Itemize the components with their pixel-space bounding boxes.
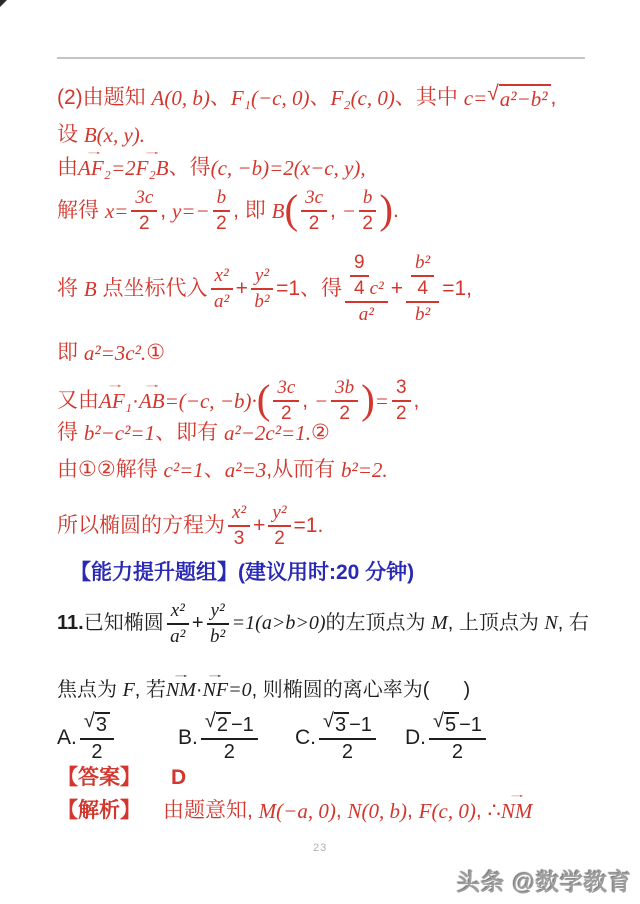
right-paren: ) — [379, 193, 393, 228]
numerator: b — [213, 187, 231, 212]
denominator: 4 — [354, 277, 365, 300]
question-11-stem-1: 11.已知椭圆x²a²+y²b²=1(a>b>0)的左顶点为 M, 上顶点为 N… — [57, 600, 589, 648]
square-root: √5 — [433, 712, 459, 737]
vector-text: NF — [203, 679, 229, 701]
text-run: =1, — [442, 276, 472, 302]
math-run: y=− — [172, 198, 210, 224]
big-fraction: b²4b² — [406, 252, 439, 326]
fraction: √32 — [80, 712, 114, 764]
fraction: √3−12 — [319, 712, 376, 764]
text-run: 已知椭圆 — [84, 611, 164, 636]
numerator: 3b — [331, 377, 358, 402]
radical-sign: √ — [487, 83, 499, 105]
denominator: b² — [254, 290, 269, 313]
text-run: 即有 — [176, 420, 224, 446]
text-run: , — [551, 85, 557, 111]
text-run: , — [476, 798, 488, 824]
math-run: = — [375, 388, 389, 414]
numerator: √5−1 — [429, 712, 486, 740]
radical-sign: √ — [84, 711, 95, 732]
numerator: 3c — [301, 187, 327, 212]
fraction: y²b² — [251, 265, 273, 313]
numerator: b² — [411, 252, 434, 277]
square-root: √3 — [323, 712, 349, 737]
answer-line: 【答案】D — [57, 765, 186, 791]
vector: →NM — [166, 678, 196, 703]
text-run: , — [448, 611, 459, 636]
math-run: a²=3 — [225, 457, 266, 483]
text-run: 由 — [57, 457, 78, 483]
numerator: b²4 — [406, 252, 439, 303]
question-11-stem-2: 焦点为 F, 若→NM·→NF=0, 则椭圆的离心率为() — [57, 678, 470, 703]
denominator: b² — [415, 303, 430, 326]
equation-tag: ①② — [78, 457, 116, 483]
square-root: √a²−b² — [487, 84, 550, 112]
big-fraction: 94c²a² — [345, 252, 388, 326]
fraction: x²a² — [167, 600, 189, 648]
vector-text: AB — [139, 389, 165, 413]
solution-line-2: 设 B(x, y). — [57, 122, 145, 148]
text-run: 、 — [210, 85, 231, 111]
denominator: 2 — [224, 740, 235, 764]
solution-line-8: 得 b²−c²=1、即有 a²−2c²=1.② — [57, 420, 330, 446]
radical-sign: √ — [205, 711, 216, 732]
math-run: B(x, y). — [84, 122, 145, 148]
math-run: b²−c²=1 — [84, 420, 155, 446]
math-run: c² — [370, 278, 384, 300]
math-run: =2 — [111, 155, 136, 181]
fraction: 3b2 — [331, 377, 358, 425]
answer-value: D — [171, 765, 186, 791]
numerator: b — [359, 187, 377, 212]
math-run: N — [544, 611, 557, 636]
vector-text: AF₁ — [99, 389, 132, 413]
option-b: B.√2−12 — [178, 712, 261, 764]
divider — [57, 57, 585, 59]
section-header-note: (建议用时:20 分钟) — [238, 560, 414, 586]
equation-tag: ① — [146, 340, 165, 366]
text-run: 解得 — [116, 457, 164, 483]
text-run: , — [414, 388, 420, 414]
vector-text: F₂B — [136, 156, 169, 180]
numerator: 94c² — [345, 252, 388, 303]
text-run: 由题意知, — [163, 798, 259, 824]
math-run: c²=1 — [164, 457, 204, 483]
denominator: a² — [170, 625, 185, 648]
analysis-line: 【解析】由题意知, M(−a, 0), N(0, b), F(c, 0), ∴→… — [57, 798, 532, 824]
denominator: 2 — [274, 527, 285, 550]
vector-text: AF₂ — [78, 156, 111, 180]
vector-arrow-icon: → — [142, 147, 162, 156]
text-run: 设 — [57, 122, 84, 148]
denominator: a² — [214, 290, 229, 313]
option-c: C.√3−12 — [295, 712, 379, 764]
denominator: 2 — [91, 740, 102, 764]
text-run: 的左顶点为 — [325, 611, 431, 636]
radicand: 3 — [334, 712, 349, 737]
numerator: 3 — [392, 377, 411, 402]
vector-arrow-icon: → — [85, 147, 105, 156]
solution-line-4: 解得 x=3c2, y=−b2, 即 B(3c2, −b2). — [57, 187, 399, 235]
text-run: , — [558, 611, 569, 636]
denominator: a² — [359, 303, 374, 326]
text-run: 上顶点为 — [459, 611, 545, 636]
math-run: =0 — [228, 678, 252, 703]
solution-line-5: 将 B 点坐标代入x²a²+y²b²=1、得94c²a²+b²4b²=1, — [57, 252, 472, 326]
numerator: x² — [211, 265, 233, 290]
text-run: 又由 — [57, 388, 99, 414]
solution-line-6: 即 a²=3c².① — [57, 340, 165, 366]
vector: →AF₁ — [99, 388, 132, 414]
nested-fraction: 94 — [350, 252, 369, 300]
numerator: y² — [251, 265, 273, 290]
left-paren: ( — [257, 383, 271, 418]
scan-corner-artifact — [0, 0, 7, 7]
text-run: 、 — [309, 85, 330, 111]
denominator: 2 — [342, 740, 353, 764]
text-run: 焦点为 — [57, 678, 123, 703]
text-run: =1、得 — [276, 276, 342, 302]
nested-fraction: b²4 — [411, 252, 434, 300]
solution-line-9: 由①②解得 c²=1、a²=3,从而有 b²=2. — [57, 457, 388, 483]
text-run: ) — [463, 678, 470, 703]
fraction: y²b² — [207, 600, 229, 648]
square-root: √2 — [205, 712, 231, 737]
denominator: 2 — [396, 402, 407, 425]
option-a: A.√32 — [57, 712, 117, 764]
math-run: − — [342, 198, 356, 224]
math-run: −1 — [459, 714, 482, 737]
text-run: , — [407, 798, 419, 824]
denominator: b² — [210, 625, 225, 648]
question-number: 11. — [57, 611, 84, 636]
denominator: 2 — [362, 212, 373, 235]
fraction: b2 — [359, 187, 377, 235]
denominator: 4 — [417, 277, 428, 300]
text-run: 则椭圆的离心率为( — [263, 678, 430, 703]
document-page: (2)由题知 A(0, b)、F₁(−c, 0)、F₂(c, 0)、其中 c=√… — [0, 0, 640, 904]
answer-label: 【答案】 — [57, 765, 141, 791]
text-run: 点坐标代入 — [97, 276, 208, 302]
text-run: 、得 — [169, 155, 211, 181]
text-run: , — [330, 198, 342, 224]
text-run: , 即 — [233, 198, 272, 224]
denominator: 2 — [216, 212, 227, 235]
text-run: · — [132, 388, 139, 414]
square-root: √3 — [84, 712, 110, 737]
math-run: =(−c, −b)· — [165, 388, 257, 414]
vector: →NM — [501, 798, 533, 824]
math-run: a²−2c²=1. — [224, 420, 311, 446]
section-header-bracket: 【能力提升题组】 — [70, 560, 238, 586]
equation-tag: ② — [311, 420, 330, 446]
text-run: 所以椭圆的方程为 — [57, 513, 225, 539]
option-label: C. — [295, 725, 316, 751]
numerator: x² — [167, 600, 189, 625]
text-run: . — [393, 198, 399, 224]
vector-arrow-icon: → — [206, 670, 226, 679]
math-run: b²=2. — [341, 457, 388, 483]
fraction: √5−12 — [429, 712, 486, 764]
math-run: −1 — [349, 714, 372, 737]
vector-arrow-icon: → — [142, 380, 162, 389]
vector: →F₂B — [136, 155, 169, 181]
vector-text: NM — [501, 799, 533, 823]
page-number: 23 — [313, 842, 327, 854]
fraction: x²a² — [211, 265, 233, 313]
radical-sign: √ — [433, 711, 444, 732]
math-run: F₂(c, 0) — [330, 85, 394, 111]
vector-arrow-icon: → — [507, 790, 527, 799]
math-run: a²=3c². — [84, 340, 146, 366]
denominator: 2 — [139, 212, 150, 235]
denominator: 2 — [309, 212, 320, 235]
vector: →NF — [203, 678, 229, 703]
text-run: , — [336, 798, 348, 824]
math-run: M — [431, 611, 448, 636]
solution-line-3: 由→AF₂=2→F₂B、得(c, −b)=2(x−c, y), — [57, 155, 366, 181]
right-paren: ) — [361, 383, 375, 418]
radicand: 2 — [216, 712, 231, 737]
text-run: =1. — [294, 513, 324, 539]
vector-arrow-icon: → — [171, 670, 191, 679]
math-run: c= — [464, 85, 488, 111]
fraction: 3c2 — [273, 377, 299, 425]
numerator: 9 — [350, 252, 369, 277]
text-run: 即 — [57, 340, 84, 366]
option-label: D. — [405, 725, 426, 751]
numerator: 3c — [273, 377, 299, 402]
math-run: M(−a, 0) — [259, 798, 336, 824]
numerator: y² — [207, 600, 229, 625]
fraction: b2 — [213, 187, 231, 235]
math-run: B — [84, 276, 97, 302]
solution-line-7: 又由→AF₁·→AB=(−c, −b)·(3c2, −3b2)=32, — [57, 377, 419, 425]
math-run: −1 — [231, 714, 254, 737]
math-run: F — [123, 678, 135, 703]
fraction: y²2 — [268, 502, 290, 550]
section-header: 【能力提升题组】(建议用时:20 分钟) — [70, 560, 414, 586]
fraction: 3c2 — [301, 187, 327, 235]
fraction: x²3 — [228, 502, 250, 550]
text-run: (2)由题知 — [57, 85, 152, 111]
numerator: √3−1 — [319, 712, 376, 740]
radicand: a²−b² — [499, 84, 551, 112]
numerator: x² — [228, 502, 250, 527]
text-run: 解得 — [57, 198, 105, 224]
text-run: 将 — [57, 276, 84, 302]
math-run: F₁(−c, 0) — [231, 85, 310, 111]
radicand: 5 — [444, 712, 459, 737]
math-run: N(0, b) — [348, 798, 408, 824]
denominator: 2 — [339, 402, 350, 425]
math-run: (c, −b)=2(x−c, y), — [211, 155, 366, 181]
text-run: + — [236, 276, 248, 302]
option-d: D.√5−12 — [405, 712, 489, 764]
fraction: 32 — [392, 377, 411, 425]
text-run: + — [253, 513, 265, 539]
fraction: 3c2 — [131, 187, 157, 235]
vector: →AB — [139, 388, 165, 414]
text-run: · — [196, 678, 203, 703]
vector-text: NM — [166, 679, 196, 701]
text-run: 由 — [57, 155, 78, 181]
denominator: 3 — [234, 527, 245, 550]
numerator: 3c — [131, 187, 157, 212]
fraction: √2−12 — [201, 712, 258, 764]
math-run: =1(a>b>0) — [232, 611, 326, 636]
denominator: 2 — [452, 740, 463, 764]
solution-line-10: 所以椭圆的方程为x²3+y²2=1. — [57, 502, 323, 550]
text-run: + — [192, 611, 204, 636]
math-run: A(0, b) — [152, 85, 210, 111]
math-run: x= — [105, 198, 129, 224]
math-run: F(c, 0) — [419, 798, 476, 824]
math-run: B — [272, 198, 285, 224]
text-run: 得 — [57, 420, 84, 446]
therefore-symbol: ∴ — [487, 798, 500, 824]
math-run: − — [314, 388, 328, 414]
watermark: 头条 @数学教育 — [457, 864, 632, 897]
radical-sign: √ — [323, 711, 334, 732]
numerator: √3 — [80, 712, 114, 740]
left-paren: ( — [284, 193, 298, 228]
vector-arrow-icon: → — [106, 380, 126, 389]
text-run: , — [160, 198, 172, 224]
text-run: 右 — [569, 611, 589, 636]
solution-line-1: (2)由题知 A(0, b)、F₁(−c, 0)、F₂(c, 0)、其中 c=√… — [57, 84, 556, 112]
vector: →AF₂ — [78, 155, 111, 181]
analysis-label: 【解析】 — [57, 798, 141, 824]
text-run: , — [252, 678, 263, 703]
text-run: , 若 — [135, 678, 166, 703]
numerator: y² — [268, 502, 290, 527]
text-run: 、 — [204, 457, 225, 483]
text-run: 、 — [155, 420, 176, 446]
option-label: A. — [57, 725, 77, 751]
text-run: 从而有 — [272, 457, 341, 483]
numerator: √2−1 — [201, 712, 258, 740]
text-run: , — [302, 388, 314, 414]
radicand: 3 — [95, 712, 110, 737]
text-run: 、其中 — [395, 85, 464, 111]
text-run: + — [391, 276, 403, 302]
option-label: B. — [178, 725, 198, 751]
